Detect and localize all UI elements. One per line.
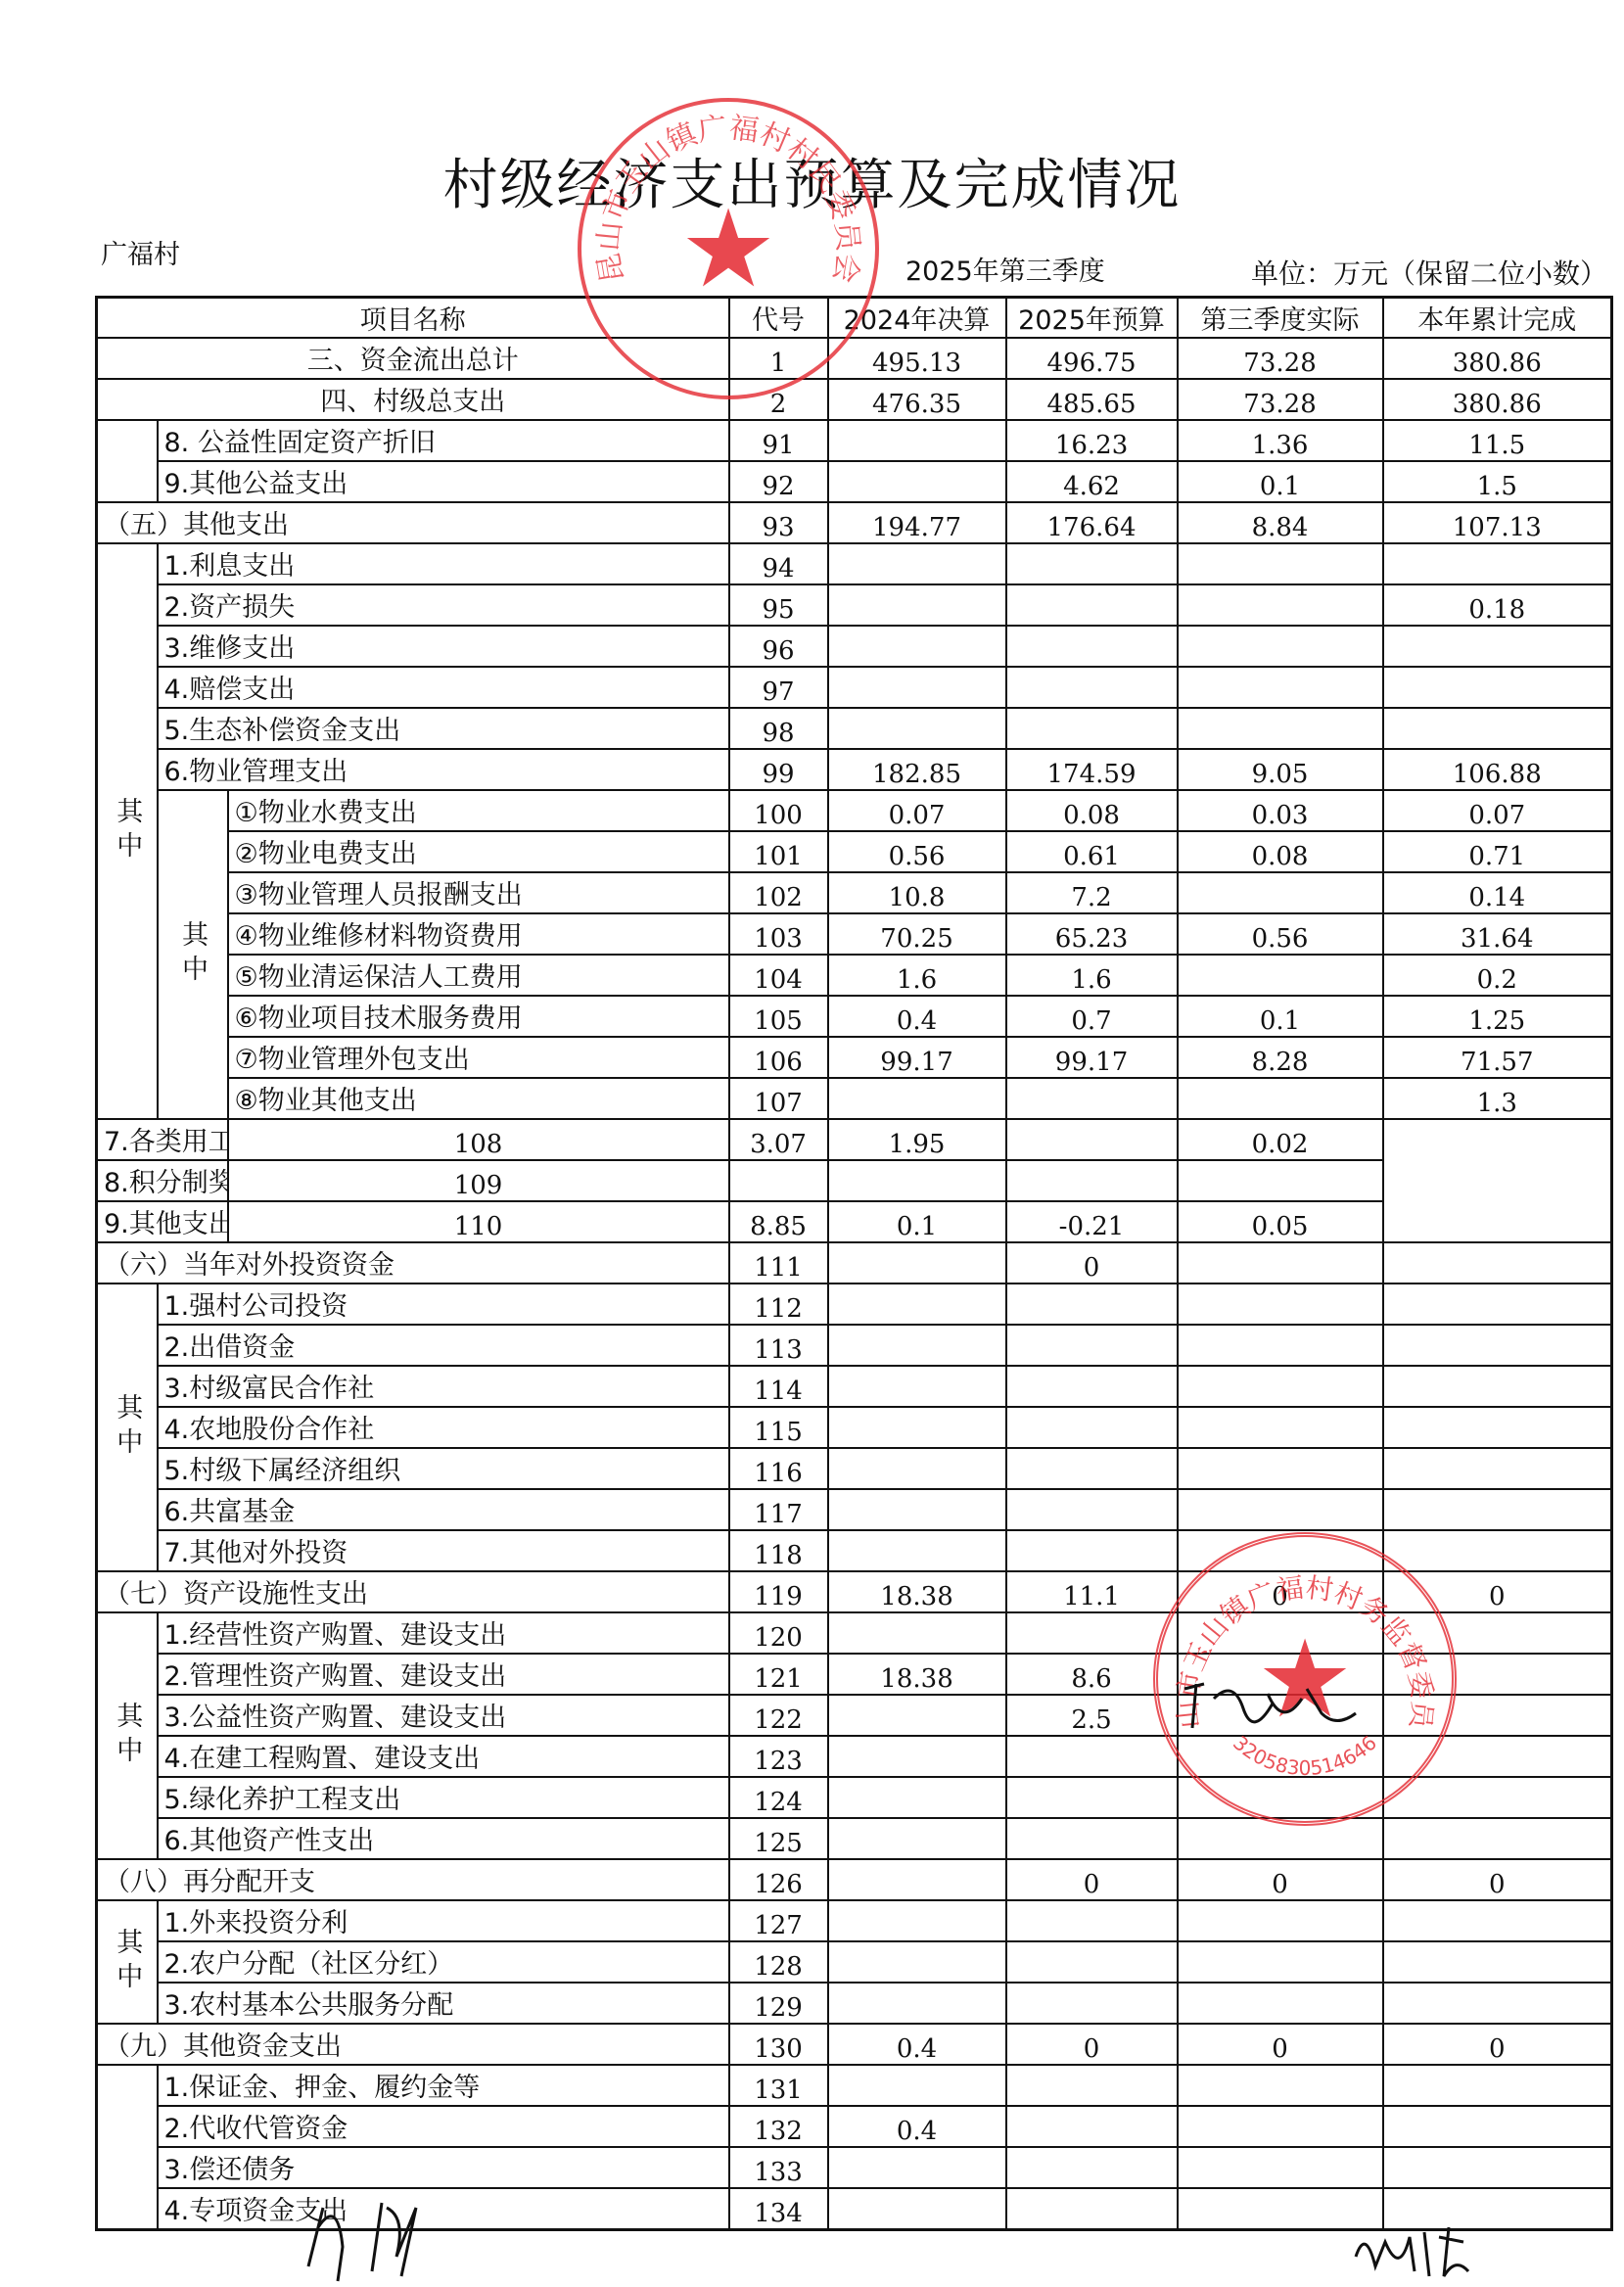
table-row: 5.村级下属经济组织116 (97, 1448, 1612, 1489)
value-q3-actual: -0.21 (1006, 1201, 1178, 1242)
row-code: 130 (729, 2024, 828, 2065)
table-row: （五）其他支出93194.77176.648.84107.13 (97, 502, 1612, 543)
value-q3-actual (1178, 1530, 1383, 1571)
row-name: 2.农户分配（社区分红） (158, 1941, 729, 1983)
value-ytd-completed: 0.14 (1383, 872, 1612, 913)
header-2025-budget: 2025年预算 (1006, 298, 1178, 339)
table-row: 2.管理性资产购置、建设支出12118.388.6 (97, 1654, 1612, 1695)
value-q3-actual (1006, 1119, 1178, 1160)
value-ytd-completed (1383, 1325, 1612, 1366)
table-row: 9.其他支出1108.850.1-0.210.05 (97, 1201, 1612, 1242)
value-2025-budget: 0 (1006, 1242, 1178, 1284)
table-row: 4.在建工程购置、建设支出123 (97, 1736, 1612, 1777)
table-row: ⑥物业项目技术服务费用1050.40.70.11.25 (97, 996, 1612, 1037)
row-name: 三、资金流出总计 (97, 338, 729, 379)
row-code: 125 (729, 1818, 828, 1859)
value-2025-budget: 0 (1006, 2024, 1178, 2065)
section-name: （八）再分配开支 (97, 1859, 729, 1900)
value-2024-final (828, 543, 1006, 584)
table-row: 2.代收代管资金1320.4 (97, 2106, 1612, 2147)
table-row: 3.维修支出96 (97, 626, 1612, 667)
value-2024-final: 0.4 (828, 2106, 1006, 2147)
value-q3-actual (1178, 1284, 1383, 1325)
table-row: 4.专项资金支出134 (97, 2188, 1612, 2230)
value-2024-final: 8.85 (729, 1201, 828, 1242)
row-name: 1.经营性资产购置、建设支出 (158, 1612, 729, 1654)
value-2025-budget: 0.61 (1006, 831, 1178, 872)
value-q3-actual (1178, 2106, 1383, 2147)
value-q3-actual: 0.03 (1178, 790, 1383, 831)
value-2024-final: 495.13 (828, 338, 1006, 379)
value-2024-final (828, 420, 1006, 461)
value-2024-final (828, 1900, 1006, 1941)
row-code: 123 (729, 1736, 828, 1777)
row-code: 96 (729, 626, 828, 667)
value-2024-final (828, 1777, 1006, 1818)
value-q3-actual: 0.08 (1178, 831, 1383, 872)
row-name: 7.各类用工支出 (97, 1119, 228, 1160)
table-row: 9.其他公益支出924.620.11.5 (97, 461, 1612, 502)
value-2024-final: 18.38 (828, 1654, 1006, 1695)
value-ytd-completed (1383, 1407, 1612, 1448)
row-name: 2.资产损失 (158, 584, 729, 626)
value-ytd-completed: 107.13 (1383, 502, 1612, 543)
row-name: ②物业电费支出 (228, 831, 729, 872)
value-q3-actual (1178, 1654, 1383, 1695)
value-ytd-completed (1383, 543, 1612, 584)
value-2024-final (828, 1078, 1006, 1119)
value-2024-final: 0.56 (828, 831, 1006, 872)
value-q3-actual (1178, 1900, 1383, 1941)
value-ytd-completed: 0.05 (1178, 1201, 1383, 1242)
value-2025-budget: 16.23 (1006, 420, 1178, 461)
value-2025-budget: 0.1 (828, 1201, 1006, 1242)
value-q3-actual: 0 (1178, 2024, 1383, 2065)
value-ytd-completed (1383, 626, 1612, 667)
row-name: 9.其他公益支出 (158, 461, 729, 502)
value-2025-budget: 0.7 (1006, 996, 1178, 1037)
value-ytd-completed (1383, 708, 1612, 749)
table-row: 6.物业管理支出99182.85174.599.05106.88 (97, 749, 1612, 790)
row-code: 129 (729, 1983, 828, 2024)
value-2024-final (828, 1736, 1006, 1777)
value-2024-final (828, 1242, 1006, 1284)
value-ytd-completed (1383, 2147, 1612, 2188)
table-row: 其中1.利息支出94 (97, 543, 1612, 584)
value-2024-final (828, 1530, 1006, 1571)
row-name: 4.在建工程购置、建设支出 (158, 1736, 729, 1777)
table-row: 4.农地股份合作社115 (97, 1407, 1612, 1448)
value-2024-final: 194.77 (828, 502, 1006, 543)
row-code: 132 (729, 2106, 828, 2147)
row-name: ⑥物业项目技术服务费用 (228, 996, 729, 1037)
value-2025-budget (1006, 1777, 1178, 1818)
row-code: 116 (729, 1448, 828, 1489)
value-ytd-completed: 0 (1383, 2024, 1612, 2065)
value-2024-final (828, 1941, 1006, 1983)
row-code: 103 (729, 913, 828, 955)
value-ytd-completed (1383, 1736, 1612, 1777)
value-2025-budget: 174.59 (1006, 749, 1178, 790)
value-ytd-completed (1383, 1777, 1612, 1818)
row-name: ⑧物业其他支出 (228, 1078, 729, 1119)
value-ytd-completed (1383, 1242, 1612, 1284)
value-2025-budget: 0 (1006, 1859, 1178, 1900)
row-name: 5.村级下属经济组织 (158, 1448, 729, 1489)
row-code: 109 (228, 1160, 729, 1201)
table-row: 三、资金流出总计1495.13496.7573.28380.86 (97, 338, 1612, 379)
table-row: （八）再分配开支126000 (97, 1859, 1612, 1900)
table-row: 其中1.外来投资分利127 (97, 1900, 1612, 1941)
value-2025-budget: 99.17 (1006, 1037, 1178, 1078)
row-name: 5.生态补偿资金支出 (158, 708, 729, 749)
row-code: 131 (729, 2065, 828, 2106)
table-row: 8. 公益性固定资产折旧9116.231.3611.5 (97, 420, 1612, 461)
value-2024-final: 0.4 (828, 996, 1006, 1037)
table-row: 6.其他资产性支出125 (97, 1818, 1612, 1859)
value-2025-budget (1006, 2188, 1178, 2230)
value-q3-actual (1178, 1818, 1383, 1859)
row-name: 8.积分制奖励支出 (97, 1160, 228, 1201)
table-row: 2.农户分配（社区分红）128 (97, 1941, 1612, 1983)
row-code: 105 (729, 996, 828, 1037)
value-ytd-completed: 380.86 (1383, 379, 1612, 420)
value-q3-actual (1178, 2188, 1383, 2230)
value-2024-final: 3.07 (729, 1119, 828, 1160)
row-code: 2 (729, 379, 828, 420)
row-code: 94 (729, 543, 828, 584)
group-label-outer: 其中 (97, 1900, 158, 2024)
row-name: 9.其他支出 (97, 1201, 228, 1242)
value-ytd-completed (1383, 1612, 1612, 1654)
value-2024-final (828, 2147, 1006, 2188)
table-row: 8.积分制奖励支出109 (97, 1160, 1612, 1201)
row-name: 4.农地股份合作社 (158, 1407, 729, 1448)
value-q3-actual (1178, 1078, 1383, 1119)
row-code: 112 (729, 1284, 828, 1325)
value-q3-actual (1178, 1941, 1383, 1983)
row-code: 98 (729, 708, 828, 749)
value-q3-actual: 8.28 (1178, 1037, 1383, 1078)
value-q3-actual (1006, 1160, 1178, 1201)
row-code: 110 (228, 1201, 729, 1242)
row-code: 119 (729, 1571, 828, 1612)
row-name: 1.保证金、押金、履约金等 (158, 2065, 729, 2106)
row-code: 106 (729, 1037, 828, 1078)
value-2025-budget: 7.2 (1006, 872, 1178, 913)
value-ytd-completed: 31.64 (1383, 913, 1612, 955)
value-ytd-completed (1383, 1695, 1612, 1736)
table-row: 4.赔偿支出97 (97, 667, 1612, 708)
value-2024-final (828, 1448, 1006, 1489)
row-code: 1 (729, 338, 828, 379)
value-q3-actual (1178, 1695, 1383, 1736)
value-q3-actual (1178, 1777, 1383, 1818)
value-q3-actual (1178, 872, 1383, 913)
value-2024-final (828, 2065, 1006, 2106)
row-code: 95 (729, 584, 828, 626)
value-ytd-completed: 1.3 (1383, 1078, 1612, 1119)
value-2024-final: 0.4 (828, 2024, 1006, 2065)
value-ytd-completed (1383, 1654, 1612, 1695)
value-2025-budget (1006, 1078, 1178, 1119)
value-2025-budget: 176.64 (1006, 502, 1178, 543)
value-2025-budget: 1.95 (828, 1119, 1006, 1160)
row-name: 6.共富基金 (158, 1489, 729, 1530)
value-2025-budget (1006, 1284, 1178, 1325)
table-row: 7.各类用工支出1083.071.950.02 (97, 1119, 1612, 1160)
table-row: 3.公益性资产购置、建设支出1222.5 (97, 1695, 1612, 1736)
row-name: 6.物业管理支出 (158, 749, 729, 790)
value-q3-actual (1178, 1325, 1383, 1366)
row-code: 92 (729, 461, 828, 502)
value-ytd-completed: 71.57 (1383, 1037, 1612, 1078)
value-ytd-completed: 380.86 (1383, 338, 1612, 379)
unit-note: 单位：万元（保留二位小数） (1251, 253, 1607, 292)
value-ytd-completed: 0.71 (1383, 831, 1612, 872)
table-row: 2.出借资金113 (97, 1325, 1612, 1366)
value-q3-actual (1178, 584, 1383, 626)
group-label-outer: 其中 (97, 543, 158, 1119)
row-name: ③物业管理人员报酬支出 (228, 872, 729, 913)
value-2024-final (828, 1489, 1006, 1530)
value-2025-budget (1006, 1818, 1178, 1859)
row-name: 5.绿化养护工程支出 (158, 1777, 729, 1818)
value-q3-actual: 0.1 (1178, 996, 1383, 1037)
row-name: 3.维修支出 (158, 626, 729, 667)
value-q3-actual (1178, 2065, 1383, 2106)
value-ytd-completed (1383, 1900, 1612, 1941)
table-row: 四、村级总支出2476.35485.6573.28380.86 (97, 379, 1612, 420)
value-2024-final (828, 1325, 1006, 1366)
value-ytd-completed: 0.2 (1383, 955, 1612, 996)
value-q3-actual (1178, 1407, 1383, 1448)
table-row: 3.偿还债务133 (97, 2147, 1612, 2188)
value-2025-budget (1006, 1736, 1178, 1777)
value-2024-final: 476.35 (828, 379, 1006, 420)
value-2025-budget (1006, 1983, 1178, 2024)
group-label-inner: 其中 (158, 790, 228, 1119)
row-code: 101 (729, 831, 828, 872)
row-code: 100 (729, 790, 828, 831)
value-2025-budget: 11.1 (1006, 1571, 1178, 1612)
value-2025-budget (828, 1160, 1006, 1201)
value-2024-final: 10.8 (828, 872, 1006, 913)
value-2025-budget: 1.6 (1006, 955, 1178, 996)
table-header-row: 项目名称 代号 2024年决算 2025年预算 第三季度实际 本年累计完成 (97, 298, 1612, 339)
header-q3-actual: 第三季度实际 (1178, 298, 1383, 339)
value-ytd-completed (1383, 1366, 1612, 1407)
section-name: （六）当年对外投资资金 (97, 1242, 729, 1284)
value-2024-final: 1.6 (828, 955, 1006, 996)
table-body: 三、资金流出总计1495.13496.7573.28380.86四、村级总支出2… (97, 338, 1612, 2230)
table-row: ⑧物业其他支出1071.3 (97, 1078, 1612, 1119)
value-2025-budget (1006, 1448, 1178, 1489)
report-period: 2025年第三季度 (905, 250, 1105, 288)
table-row: ⑤物业清运保洁人工费用1041.61.60.2 (97, 955, 1612, 996)
table-row: 其中①物业水费支出1000.070.080.030.07 (97, 790, 1612, 831)
group-label-outer: 其中 (97, 1284, 158, 1571)
value-q3-actual (1178, 1366, 1383, 1407)
value-ytd-completed (1178, 1160, 1383, 1201)
value-2024-final (828, 1284, 1006, 1325)
row-code: 126 (729, 1859, 828, 1900)
row-name: 8. 公益性固定资产折旧 (158, 420, 729, 461)
row-name: 2.代收代管资金 (158, 2106, 729, 2147)
table-row: （七）资产设施性支出11918.3811.100 (97, 1571, 1612, 1612)
value-2025-budget (1006, 1900, 1178, 1941)
value-ytd-completed: 0.02 (1178, 1119, 1383, 1160)
value-2025-budget (1006, 667, 1178, 708)
value-q3-actual: 0.56 (1178, 913, 1383, 955)
row-code: 114 (729, 1366, 828, 1407)
value-q3-actual: 9.05 (1178, 749, 1383, 790)
value-2024-final (828, 1695, 1006, 1736)
value-2024-final: 99.17 (828, 1037, 1006, 1078)
value-q3-actual: 0 (1178, 1859, 1383, 1900)
value-2024-final (828, 708, 1006, 749)
value-2024-final (828, 584, 1006, 626)
value-2024-final (828, 1366, 1006, 1407)
value-2024-final (828, 1612, 1006, 1654)
value-2024-final (729, 1160, 828, 1201)
value-ytd-completed: 0 (1383, 1859, 1612, 1900)
value-q3-actual (1178, 955, 1383, 996)
value-ytd-completed (1383, 2188, 1612, 2230)
value-2025-budget (1006, 2106, 1178, 2147)
row-code: 120 (729, 1612, 828, 1654)
table-row: 5.生态补偿资金支出98 (97, 708, 1612, 749)
row-code: 102 (729, 872, 828, 913)
row-name: 3.偿还债务 (158, 2147, 729, 2188)
group-label-outer: 其中 (97, 1612, 158, 1859)
table-row: 1.保证金、押金、履约金等131 (97, 2065, 1612, 2106)
row-code: 117 (729, 1489, 828, 1530)
table-row: ⑦物业管理外包支出10699.1799.178.2871.57 (97, 1037, 1612, 1078)
row-code: 122 (729, 1695, 828, 1736)
expenditure-table: 项目名称 代号 2024年决算 2025年预算 第三季度实际 本年累计完成 三、… (95, 296, 1613, 2231)
value-2025-budget (1006, 1489, 1178, 1530)
row-code: 104 (729, 955, 828, 996)
group-label-outer (97, 2065, 158, 2230)
value-2025-budget (1006, 708, 1178, 749)
value-ytd-completed: 0.07 (1383, 790, 1612, 831)
value-2024-final (828, 1407, 1006, 1448)
value-q3-actual: 73.28 (1178, 379, 1383, 420)
header-code: 代号 (729, 298, 828, 339)
value-q3-actual: 0.1 (1178, 461, 1383, 502)
value-ytd-completed (1383, 1941, 1612, 1983)
header-item-name: 项目名称 (97, 298, 729, 339)
row-code: 108 (228, 1119, 729, 1160)
value-q3-actual (1178, 1983, 1383, 2024)
table-row: ②物业电费支出1010.560.610.080.71 (97, 831, 1612, 872)
row-code: 127 (729, 1900, 828, 1941)
row-name: ④物业维修材料物资费用 (228, 913, 729, 955)
value-q3-actual (1178, 708, 1383, 749)
value-2024-final (828, 1859, 1006, 1900)
value-ytd-completed (1383, 1489, 1612, 1530)
row-name: ①物业水费支出 (228, 790, 729, 831)
row-name: 4.赔偿支出 (158, 667, 729, 708)
row-code: 107 (729, 1078, 828, 1119)
value-2025-budget: 485.65 (1006, 379, 1178, 420)
value-ytd-completed (1383, 2065, 1612, 2106)
section-name: （七）资产设施性支出 (97, 1571, 729, 1612)
value-q3-actual: 1.36 (1178, 420, 1383, 461)
row-name: 3.村级富民合作社 (158, 1366, 729, 1407)
table-row: ③物业管理人员报酬支出10210.87.20.14 (97, 872, 1612, 913)
value-2025-budget (1006, 1941, 1178, 1983)
value-q3-actual: 73.28 (1178, 338, 1383, 379)
row-name: 7.其他对外投资 (158, 1530, 729, 1571)
row-code: 133 (729, 2147, 828, 2188)
row-name: 4.专项资金支出 (158, 2188, 729, 2230)
value-2025-budget (1006, 1612, 1178, 1654)
row-name: 2.出借资金 (158, 1325, 729, 1366)
row-code: 91 (729, 420, 828, 461)
table-row: 5.绿化养护工程支出124 (97, 1777, 1612, 1818)
row-name: 四、村级总支出 (97, 379, 729, 420)
table-row: 3.农村基本公共服务分配129 (97, 1983, 1612, 2024)
value-2025-budget: 2.5 (1006, 1695, 1178, 1736)
value-ytd-completed: 0.18 (1383, 584, 1612, 626)
row-code: 97 (729, 667, 828, 708)
value-ytd-completed: 1.5 (1383, 461, 1612, 502)
value-2024-final: 18.38 (828, 1571, 1006, 1612)
value-ytd-completed (1383, 1284, 1612, 1325)
value-ytd-completed (1383, 1448, 1612, 1489)
value-ytd-completed (1383, 1983, 1612, 2024)
value-q3-actual (1178, 2147, 1383, 2188)
row-code: 99 (729, 749, 828, 790)
table-row: 6.共富基金117 (97, 1489, 1612, 1530)
row-name: 2.管理性资产购置、建设支出 (158, 1654, 729, 1695)
value-2025-budget: 65.23 (1006, 913, 1178, 955)
value-2024-final (828, 461, 1006, 502)
group-label-outer (97, 420, 158, 502)
value-2025-budget (1006, 1366, 1178, 1407)
value-2025-budget (1006, 2065, 1178, 2106)
value-2025-budget: 0.08 (1006, 790, 1178, 831)
row-code: 93 (729, 502, 828, 543)
village-name: 广福村 (101, 233, 180, 271)
header-2024-final: 2024年决算 (828, 298, 1006, 339)
value-2024-final (828, 1983, 1006, 2024)
row-name: 6.其他资产性支出 (158, 1818, 729, 1859)
value-2024-final (828, 667, 1006, 708)
value-q3-actual (1178, 543, 1383, 584)
value-q3-actual (1178, 1242, 1383, 1284)
document-title: 村级经济支出预算及完成情况 (0, 142, 1624, 220)
value-q3-actual (1178, 1736, 1383, 1777)
value-2025-budget: 8.6 (1006, 1654, 1178, 1695)
value-q3-actual: 0 (1178, 1571, 1383, 1612)
header-ytd-completed: 本年累计完成 (1383, 298, 1612, 339)
value-2024-final: 0.07 (828, 790, 1006, 831)
row-name: 1.利息支出 (158, 543, 729, 584)
value-ytd-completed: 0 (1383, 1571, 1612, 1612)
value-ytd-completed (1383, 667, 1612, 708)
table-row: 7.其他对外投资118 (97, 1530, 1612, 1571)
row-code: 111 (729, 1242, 828, 1284)
value-2025-budget (1006, 1325, 1178, 1366)
value-q3-actual (1178, 1448, 1383, 1489)
value-q3-actual (1178, 667, 1383, 708)
value-2024-final: 182.85 (828, 749, 1006, 790)
table-row: 其中1.经营性资产购置、建设支出120 (97, 1612, 1612, 1654)
value-2025-budget (1006, 1530, 1178, 1571)
